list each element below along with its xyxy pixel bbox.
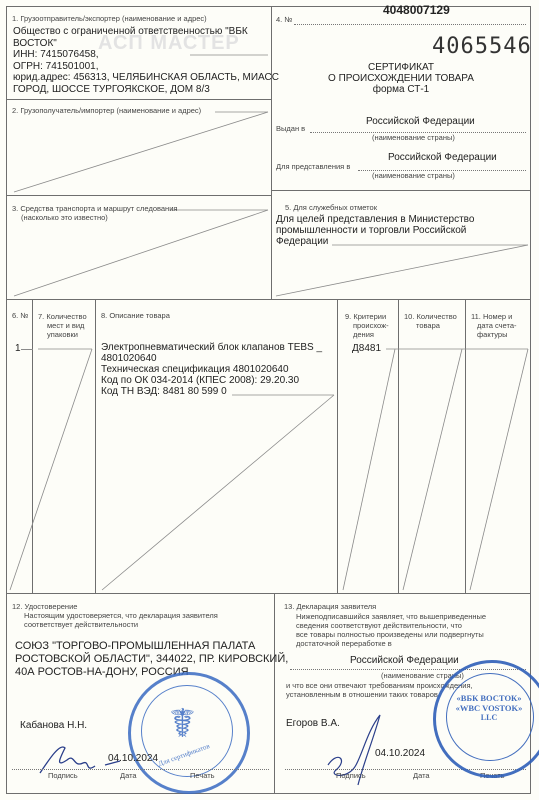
frame-top: [6, 6, 531, 7]
company-stamp-text: «ВБК ВОСТОК» «WBC VOSTOK» LLC: [436, 693, 539, 722]
presented-country-hint: (наименование страны): [372, 172, 455, 181]
issued-country-hint: (наименование страны): [372, 134, 455, 143]
box12-signer: Кабанова Н.Н.: [20, 720, 87, 732]
box12-organization: СОЮЗ "ТОРГОВО-ПРОМЫШЛЕННАЯ ПАЛАТА РОСТОВ…: [15, 640, 288, 680]
box13-text: Нижеподписавшийся заявляет, что вышеприв…: [296, 612, 486, 648]
header-6-number: 6. №: [12, 312, 28, 321]
col-divider-9-10: [398, 299, 399, 593]
caduceus-icon: ☤: [169, 701, 196, 747]
serial-number: 4065546: [432, 34, 532, 59]
box13-text2: установленным в отношении таких товаров: [286, 691, 438, 700]
presented-label: Для представления в: [276, 163, 350, 172]
box13-footer-date: Дата: [413, 772, 430, 781]
col-divider-6-7: [32, 299, 33, 593]
row-description: Электропневматический блок клапанов TEBS…: [101, 342, 322, 397]
header-7-packages: 7. Количество мест и вид упаковки: [38, 312, 87, 339]
box12-footer-date: Дата: [120, 772, 137, 781]
exporter-line: ВОСТОК": [13, 38, 279, 50]
header-11-invoice: 11. Номер и дата счета- фактуры: [471, 312, 517, 339]
certificate-title: СЕРТИФИКАТ О ПРОИСХОЖДЕНИИ ТОВАРА форма …: [271, 62, 531, 95]
issued-label: Выдан в: [276, 125, 305, 134]
top-number: 4048007129: [383, 4, 450, 18]
title-line: форма СТ-1: [271, 84, 531, 95]
box13-date: 04.10.2024: [375, 748, 425, 760]
box12-signature-line: [12, 769, 269, 770]
header-10-quantity: 10. Количество товара: [404, 312, 457, 330]
number-dotted-line: [294, 24, 526, 25]
divider-goods-bottom: [6, 593, 531, 594]
box1-label: 1. Грузоотправитель/экспортер (наименова…: [12, 15, 207, 24]
col-divider-10-11: [465, 299, 466, 593]
box12-text: соответствует действительности: [24, 621, 138, 630]
title-line: О ПРОИСХОЖДЕНИИ ТОВАРА: [271, 73, 531, 84]
company-stamp: «ВБК ВОСТОК» «WBC VOSTOK» LLC: [433, 660, 539, 778]
title-line: СЕРТИФИКАТ: [271, 62, 531, 73]
row-number: 1: [15, 343, 21, 355]
divider-box2-box3: [6, 195, 271, 196]
header-9-criteria: 9. Критерии происхож- дения: [345, 312, 389, 339]
exporter-line: Общество с ограниченной ответственностью…: [13, 26, 279, 38]
col-divider-8-9: [337, 299, 338, 593]
exporter-inn: ИНН: 7415076458,: [13, 49, 279, 61]
frame-left: [6, 6, 7, 794]
divider-upper-goods: [6, 299, 531, 300]
box2-label: 2. Грузополучатель/импортер (наименовани…: [12, 107, 201, 116]
box5-line: Федерации: [276, 236, 474, 247]
box5-line: Для целей представления в Министерство: [276, 214, 474, 225]
exporter-ogrn: ОГРН: 741501001,: [13, 61, 279, 73]
exporter-address: ГОРОД, ШОССЕ ТУРГОЯКСКОЕ, ДОМ 8/3: [13, 84, 279, 96]
col-divider-7-8: [95, 299, 96, 593]
divider-box1-box2: [6, 99, 271, 100]
box12-date: 04.10.2024: [108, 753, 158, 765]
box5-line: промышленности и торговли Российской: [276, 225, 474, 236]
box3-sublabel: (насколько это известно): [21, 214, 108, 223]
box4-label: 4. №: [276, 16, 292, 25]
divider-box4-box5: [271, 190, 531, 191]
row-number-dash: [21, 349, 33, 350]
box13-label: 13. Декларация заявителя: [284, 603, 376, 612]
divider-lower-middle: [274, 593, 275, 793]
chamber-stamp: ☤ Для сертификатов: [128, 672, 250, 794]
box1-content: Общество с ограниченной ответственностью…: [13, 26, 279, 95]
row-criteria: Д8481: [352, 343, 381, 355]
box13-footer-signature: Подпись: [336, 772, 366, 781]
box12-footer-signature: Подпись: [48, 772, 78, 781]
box13-country: Российской Федерации: [350, 655, 459, 667]
box12-footer-seal: Печать: [190, 772, 215, 781]
box5-content: Для целей представления в Министерство п…: [276, 214, 474, 247]
header-8-description: 8. Описание товара: [101, 312, 170, 321]
presented-country: Российской Федерации: [388, 152, 497, 164]
box5-label: 5. Для служебных отметок: [285, 204, 377, 213]
exporter-address: юрид.адрес: 456313, ЧЕЛЯБИНСКАЯ ОБЛАСТЬ,…: [13, 72, 279, 84]
issued-country: Российской Федерации: [366, 116, 475, 128]
frame-bottom: [6, 793, 531, 794]
